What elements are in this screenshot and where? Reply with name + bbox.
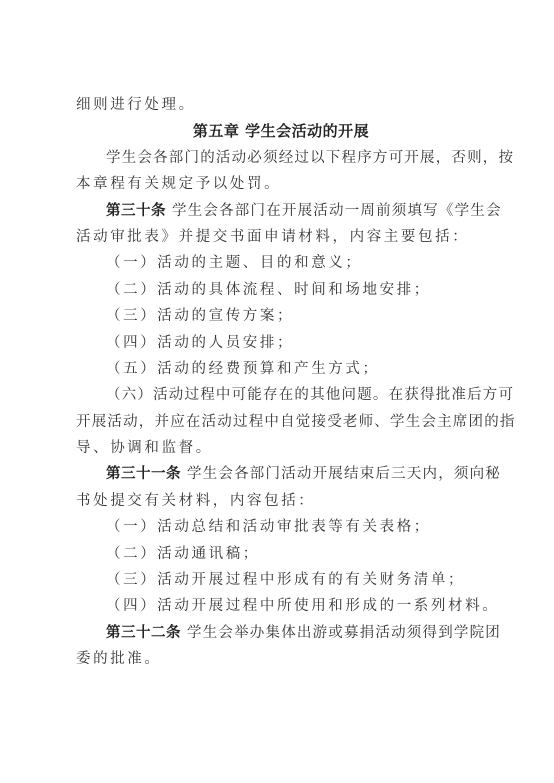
article-30-item-3: （三）活动的宣传方案； bbox=[76, 303, 486, 329]
article-31-item-3: （三）活动开展过程中形成有的有关财务清单； bbox=[76, 567, 486, 593]
article-31-item-4: （四）活动开展过程中所使用和形成的一系列材料。 bbox=[76, 593, 486, 619]
article-31-item-1: （一）活动总结和活动审批表等有关表格； bbox=[76, 514, 486, 540]
chapter-heading: 第五章 学生会活动的开展 bbox=[76, 118, 486, 144]
article-30-line-1: 第三十条学生会各部门在开展活动一周前须填写《学生会 bbox=[76, 198, 486, 224]
article-31-line-2: 书处提交有关材料，内容包括： bbox=[76, 488, 486, 514]
article-30-item-1: （一）活动的主题、目的和意义； bbox=[76, 250, 486, 276]
intro-line-2: 本章程有关规定予以处罚。 bbox=[76, 171, 486, 197]
document-page: 细则进行处理。 第五章 学生会活动的开展 学生会各部门的活动必须经过以下程序方可… bbox=[76, 92, 486, 673]
article-30-item-6-line-2: 开展活动，并应在活动过程中自觉接受老师、学生会主席团的指 bbox=[76, 409, 486, 435]
article-30-item-6-line-1: （六）活动过程中可能存在的其他问题。在获得批准后方可 bbox=[76, 382, 486, 408]
article-30-label: 第三十条 bbox=[106, 203, 166, 219]
article-32-line-2: 委的批准。 bbox=[76, 646, 486, 672]
intro-line-1: 学生会各部门的活动必须经过以下程序方可开展，否则，按 bbox=[76, 145, 486, 171]
article-30-line-2: 活动审批表》并提交书面申请材料，内容主要包括： bbox=[76, 224, 486, 250]
article-31-item-2: （二）活动通讯稿； bbox=[76, 541, 486, 567]
article-30-item-4: （四）活动的人员安排； bbox=[76, 330, 486, 356]
article-31-line-1: 第三十一条学生会各部门活动开展结束后三天内，须向秘 bbox=[76, 461, 486, 487]
article-31-label: 第三十一条 bbox=[106, 466, 181, 482]
article-30-item-2: （二）活动的具体流程、时间和场地安排； bbox=[76, 277, 486, 303]
article-30-item-6-line-3: 导、协调和监督。 bbox=[76, 435, 486, 461]
article-32-label: 第三十二条 bbox=[106, 625, 181, 641]
carry-over-text: 细则进行处理。 bbox=[76, 92, 486, 118]
article-30-item-5: （五）活动的经费预算和产生方式； bbox=[76, 356, 486, 382]
article-32-line-1: 第三十二条学生会举办集体出游或募捐活动须得到学院团 bbox=[76, 620, 486, 646]
